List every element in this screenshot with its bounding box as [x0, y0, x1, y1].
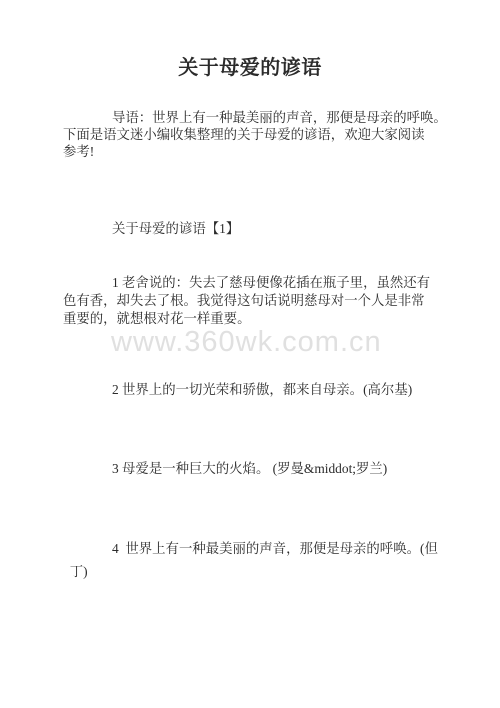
proverb-item-2: 2 世界上的一切光荣和骄傲，都来自母亲。(高尔基): [63, 381, 463, 398]
proverb-item-4: 4 世界上有一种最美丽的声音，那便是母亲的呼唤。(但 丁): [63, 537, 463, 583]
watermark-text: www.360wk.com.cn: [111, 326, 382, 359]
proverb-item-1: 1 老舍说的：失去了慈母便像花插在瓶子里，虽然还有 色有香，却失去了根。我觉得这…: [63, 274, 463, 328]
document-page: 关于母爱的谚语 导语：世界上有一种最美丽的声音，那便是母亲的呼唤。 下面是语文迷…: [0, 0, 500, 708]
intro-paragraph: 导语：世界上有一种最美丽的声音，那便是母亲的呼唤。 下面是语文迷小编收集整理的关…: [63, 109, 463, 160]
section-heading: 关于母爱的谚语【1】: [63, 220, 463, 237]
document-title: 关于母爱的谚语: [0, 56, 500, 80]
proverb-item-3: 3 母爱是一种巨大的火焰。 (罗曼&middot;罗兰): [63, 460, 463, 477]
